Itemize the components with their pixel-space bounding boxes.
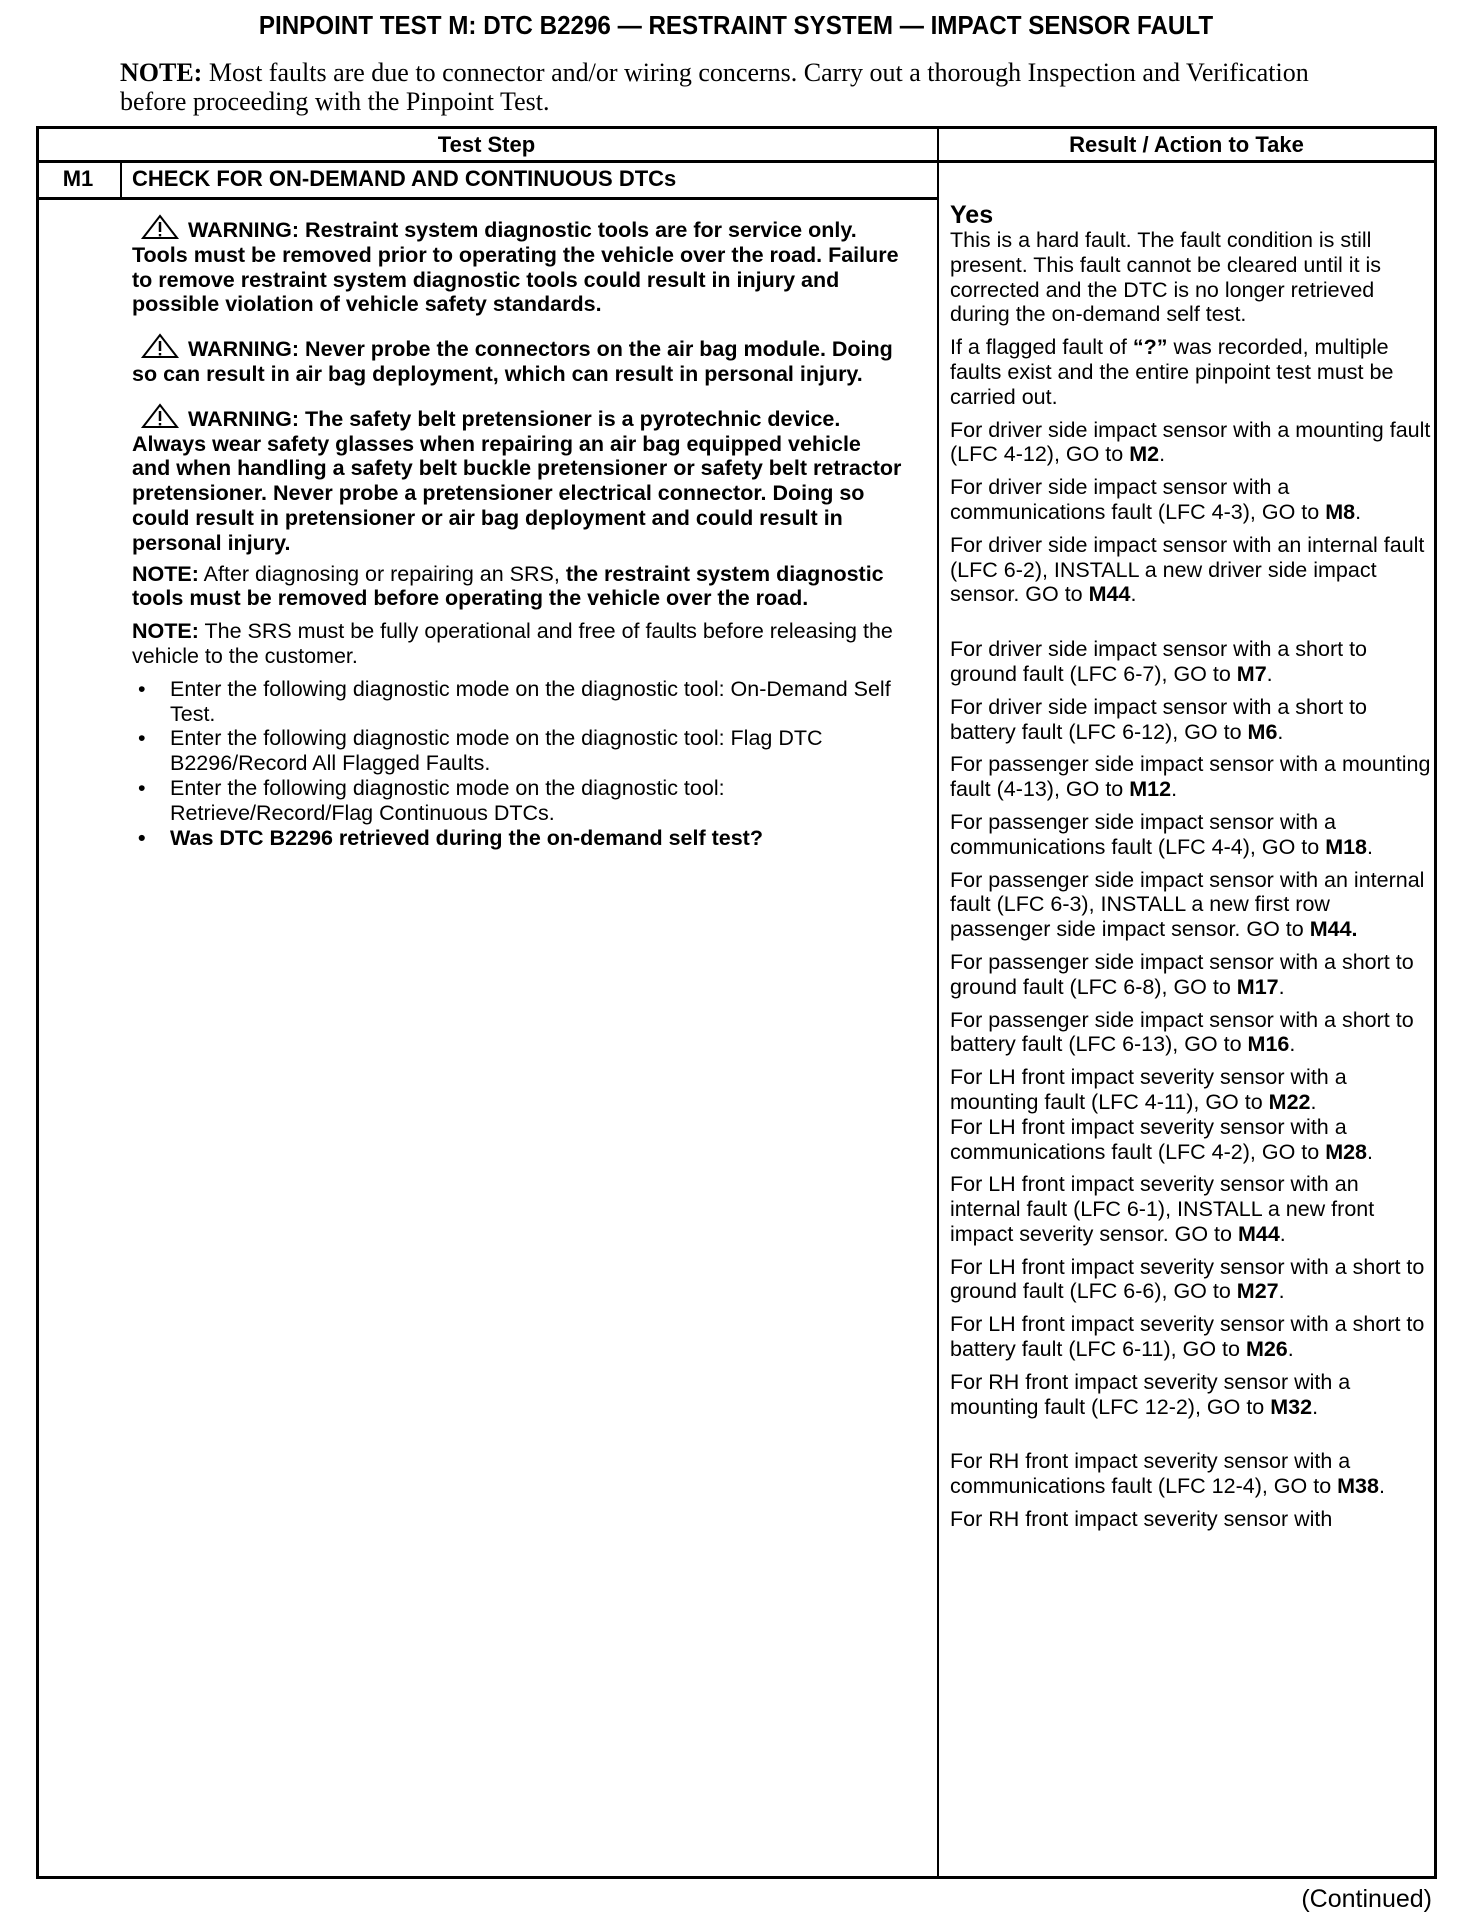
goto-link[interactable]: M27: [1237, 1279, 1279, 1303]
continued-label: (Continued): [1301, 1885, 1432, 1914]
yes-label: Yes: [950, 202, 1432, 228]
top-note-text: Most faults are due to connector and/or …: [120, 58, 1309, 116]
header-test-step: Test Step: [36, 129, 937, 160]
result-paragraph: For driver side impact sensor with a mou…: [950, 418, 1432, 468]
warning-2: WARNING: Never probe the connectors on t…: [132, 333, 902, 387]
page-title: PINPOINT TEST M: DTC B2296 — RESTRAINT S…: [52, 10, 1421, 41]
goto-link[interactable]: M16: [1248, 1032, 1290, 1056]
warning-1: WARNING: Restraint system diagnostic too…: [132, 214, 902, 317]
result-paragraph: For RH front impact severity sensor with…: [950, 1449, 1432, 1499]
instruction-question: Was DTC B2296 retrieved during the on-de…: [132, 826, 902, 851]
result-paragraph: For passenger side impact sensor with a …: [950, 950, 1432, 1000]
step-title: CHECK FOR ON-DEMAND AND CONTINUOUS DTCs: [132, 160, 676, 197]
result-paragraph: For passenger side impact sensor with an…: [950, 868, 1432, 942]
goto-link[interactable]: M7: [1237, 662, 1267, 686]
result-paragraph: For driver side impact sensor with an in…: [950, 533, 1432, 607]
note-2: NOTE: The SRS must be fully operational …: [132, 619, 902, 669]
result-paragraph: For RH front impact severity sensor with: [950, 1507, 1432, 1532]
header-result-action: Result / Action to Take: [939, 129, 1434, 160]
instruction-item: Enter the following diagnostic mode on t…: [132, 677, 902, 727]
goto-link[interactable]: M2: [1129, 442, 1159, 466]
warning-triangle-icon: [140, 333, 180, 359]
goto-link[interactable]: M12: [1129, 777, 1171, 801]
result-paragraph: For driver side impact sensor with a com…: [950, 475, 1432, 525]
goto-link[interactable]: M8: [1325, 500, 1355, 524]
test-step-content: WARNING: Restraint system diagnostic too…: [132, 214, 902, 850]
goto-link[interactable]: M28: [1325, 1140, 1367, 1164]
result-paragraph: If a flagged fault of “?” was recorded, …: [950, 335, 1432, 409]
result-paragraph: For LH front impact severity sensor with…: [950, 1172, 1432, 1246]
goto-link[interactable]: M32: [1270, 1395, 1312, 1419]
step-row-m1: M1 CHECK FOR ON-DEMAND AND CONTINUOUS DT…: [36, 160, 939, 200]
result-paragraph: For LH front impact severity sensor with…: [950, 1255, 1432, 1305]
goto-link[interactable]: M6: [1248, 720, 1278, 744]
instruction-list: Enter the following diagnostic mode on t…: [132, 677, 902, 851]
result-paragraph: For driver side impact sensor with a sho…: [950, 695, 1432, 745]
warning-triangle-icon: [140, 403, 180, 429]
goto-link[interactable]: M44: [1310, 917, 1352, 941]
goto-link[interactable]: M26: [1246, 1337, 1288, 1361]
result-paragraph: For LH front impact severity sensor with…: [950, 1312, 1432, 1362]
result-paragraph: For RH front impact severity sensor with…: [950, 1370, 1432, 1420]
goto-link[interactable]: M22: [1269, 1090, 1311, 1114]
goto-link[interactable]: M44: [1238, 1222, 1280, 1246]
result-paragraph: For driver side impact sensor with a sho…: [950, 637, 1432, 687]
result-paragraph: For passenger side impact sensor with a …: [950, 1008, 1432, 1058]
top-note: NOTE: Most faults are due to connector a…: [120, 58, 1320, 116]
instruction-item: Enter the following diagnostic mode on t…: [132, 726, 902, 776]
warning-triangle-icon: [140, 214, 180, 240]
result-paragraph: For LH front impact severity sensor with…: [950, 1115, 1432, 1165]
step-id: M1: [36, 160, 122, 197]
column-divider: [937, 126, 939, 1879]
result-paragraph: This is a hard fault. The fault conditio…: [950, 228, 1432, 327]
result-paragraph: For passenger side impact sensor with a …: [950, 810, 1432, 860]
top-note-label: NOTE:: [120, 58, 202, 87]
goto-link[interactable]: M44: [1089, 582, 1131, 606]
table-header-row: Test Step Result / Action to Take: [36, 126, 1437, 163]
instruction-item: Enter the following diagnostic mode on t…: [132, 776, 902, 826]
goto-link[interactable]: M18: [1325, 835, 1367, 859]
warning-3: WARNING: The safety belt pretensioner is…: [132, 403, 902, 556]
goto-link[interactable]: M17: [1237, 975, 1279, 999]
result-paragraph: For passenger side impact sensor with a …: [950, 752, 1432, 802]
result-paragraph: For LH front impact severity sensor with…: [950, 1065, 1432, 1115]
note-1: NOTE: After diagnosing or repairing an S…: [132, 562, 902, 612]
goto-link[interactable]: M38: [1337, 1474, 1379, 1498]
result-action-content: Yes This is a hard fault. The fault cond…: [950, 202, 1432, 1540]
